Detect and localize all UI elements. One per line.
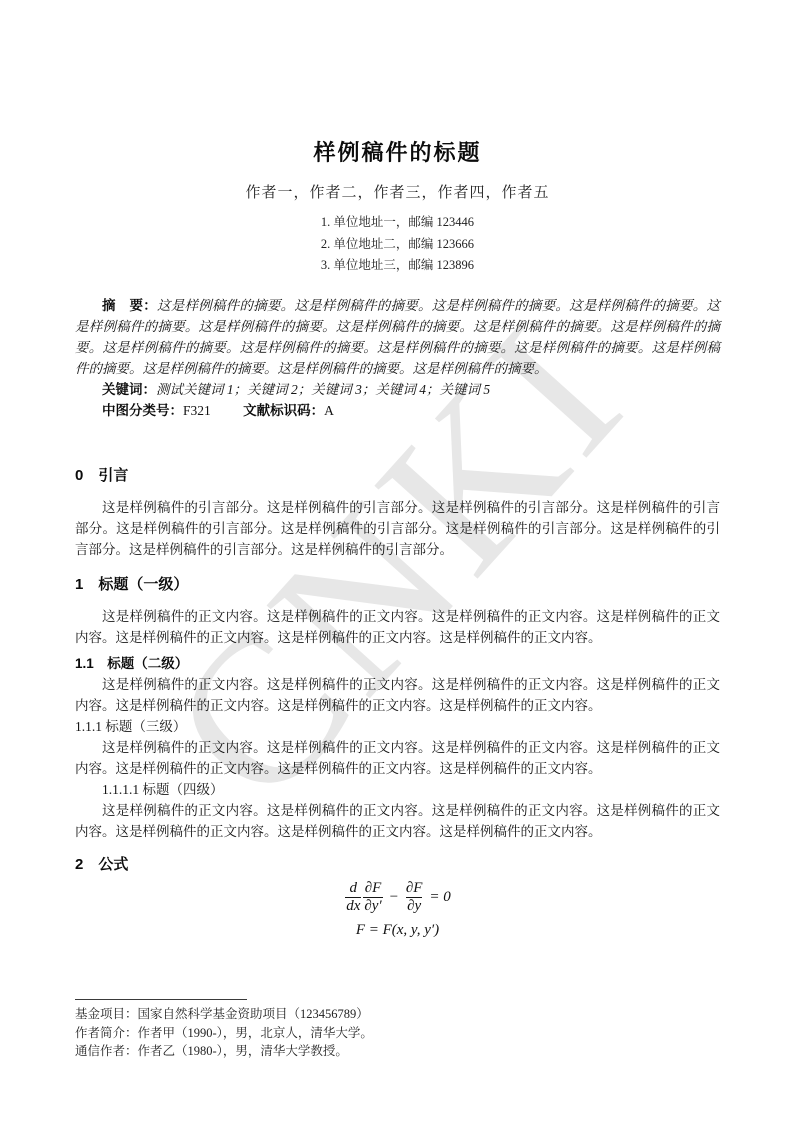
article-title: 样例稿件的标题 bbox=[75, 140, 720, 166]
equation-rhs: = 0 bbox=[429, 889, 450, 906]
document-page: CNKI 样例稿件的标题 作者一，作者二，作者三，作者四，作者五 1. 单位地址… bbox=[0, 0, 794, 1123]
section-heading-0-intro: 0 引言 bbox=[75, 466, 720, 486]
section-heading-1-1-1-1: 1.1.1.1 标题（四级） bbox=[75, 779, 720, 800]
section-heading-1-1: 1.1 标题（二级） bbox=[75, 653, 720, 674]
article-content: 样例稿件的标题 作者一，作者二，作者三，作者四，作者五 1. 单位地址一，邮编 … bbox=[0, 0, 794, 939]
abstract-paragraph: 摘 要：这是样例稿件的摘要。这是样例稿件的摘要。这是样例稿件的摘要。这是样例稿件… bbox=[75, 295, 720, 379]
doc-code-label: 文献标识码： bbox=[243, 403, 324, 418]
fraction-d-dx: ddx bbox=[345, 880, 361, 916]
section-1-1-1-1-paragraph: 这是样例稿件的正文内容。这是样例稿件的正文内容。这是样例稿件的正文内容。这是样例… bbox=[75, 800, 720, 842]
section-1-paragraph: 这是样例稿件的正文内容。这是样例稿件的正文内容。这是样例稿件的正文内容。这是样例… bbox=[75, 606, 720, 648]
abstract-label: 摘 要： bbox=[102, 298, 157, 313]
minus-operator: − bbox=[389, 889, 399, 906]
keywords-label: 关键词： bbox=[102, 382, 156, 397]
doc-code-value: A bbox=[324, 403, 334, 418]
fraction-dF-dyprime: ∂F∂y′ bbox=[363, 880, 382, 916]
section-1-1-paragraph: 这是样例稿件的正文内容。这是样例稿件的正文内容。这是样例稿件的正文内容。这是样例… bbox=[75, 674, 720, 716]
section-heading-2-formulas: 2 公式 bbox=[75, 855, 720, 875]
equation-f-definition: F = F(x, y, y′) bbox=[75, 922, 720, 939]
affiliation-line: 2. 单位地址二，邮编 123666 bbox=[75, 234, 720, 256]
intro-paragraph: 这是样例稿件的引言部分。这是样例稿件的引言部分。这是样例稿件的引言部分。这是样例… bbox=[75, 497, 720, 560]
author-bio-note: 作者简介：作者甲（1990-），男，北京人，清华大学。 bbox=[75, 1024, 373, 1043]
funding-note: 基金项目：国家自然科学基金资助项目（123456789） bbox=[75, 1005, 373, 1024]
classification-line: 中图分类号：F321文献标识码：A bbox=[75, 400, 720, 421]
footnote-divider bbox=[75, 999, 247, 1000]
fraction-denominator: ∂y′ bbox=[363, 897, 382, 915]
footnote-block: 基金项目：国家自然科学基金资助项目（123456789） 作者简介：作者甲（19… bbox=[75, 999, 373, 1061]
clc-value: F321 bbox=[183, 403, 211, 418]
keywords-line: 关键词：测试关键词 1；关键词 2；关键词 3；关键词 4；关键词 5 bbox=[75, 379, 720, 400]
section-1-1-1-paragraph: 这是样例稿件的正文内容。这是样例稿件的正文内容。这是样例稿件的正文内容。这是样例… bbox=[75, 737, 720, 779]
fraction-numerator: ∂F bbox=[405, 880, 424, 897]
abstract-text: 这是样例稿件的摘要。这是样例稿件的摘要。这是样例稿件的摘要。这是样例稿件的摘要。… bbox=[75, 298, 720, 376]
equation-euler-lagrange: ddx ∂F∂y′ − ∂F∂y = 0 bbox=[75, 880, 720, 916]
fraction-denominator: dx bbox=[345, 897, 361, 915]
affiliation-line: 1. 单位地址一，邮编 123446 bbox=[75, 212, 720, 234]
keywords-text: 测试关键词 1；关键词 2；关键词 3；关键词 4；关键词 5 bbox=[156, 382, 490, 397]
corresponding-author-note: 通信作者：作者乙（1980-），男，清华大学教授。 bbox=[75, 1042, 373, 1061]
fraction-numerator: d bbox=[349, 880, 359, 897]
section-heading-1: 1 标题（一级） bbox=[75, 575, 720, 595]
fraction-denominator: ∂y bbox=[406, 897, 422, 915]
clc-label: 中图分类号： bbox=[102, 403, 183, 418]
affiliation-line: 3. 单位地址三，邮编 123896 bbox=[75, 255, 720, 277]
authors-line: 作者一，作者二，作者三，作者四，作者五 bbox=[75, 183, 720, 203]
affiliations-list: 1. 单位地址一，邮编 123446 2. 单位地址二，邮编 123666 3.… bbox=[75, 212, 720, 277]
fraction-dF-dy: ∂F∂y bbox=[405, 880, 424, 916]
section-heading-1-1-1: 1.1.1 标题（三级） bbox=[75, 716, 720, 737]
fraction-numerator: ∂F bbox=[364, 880, 383, 897]
